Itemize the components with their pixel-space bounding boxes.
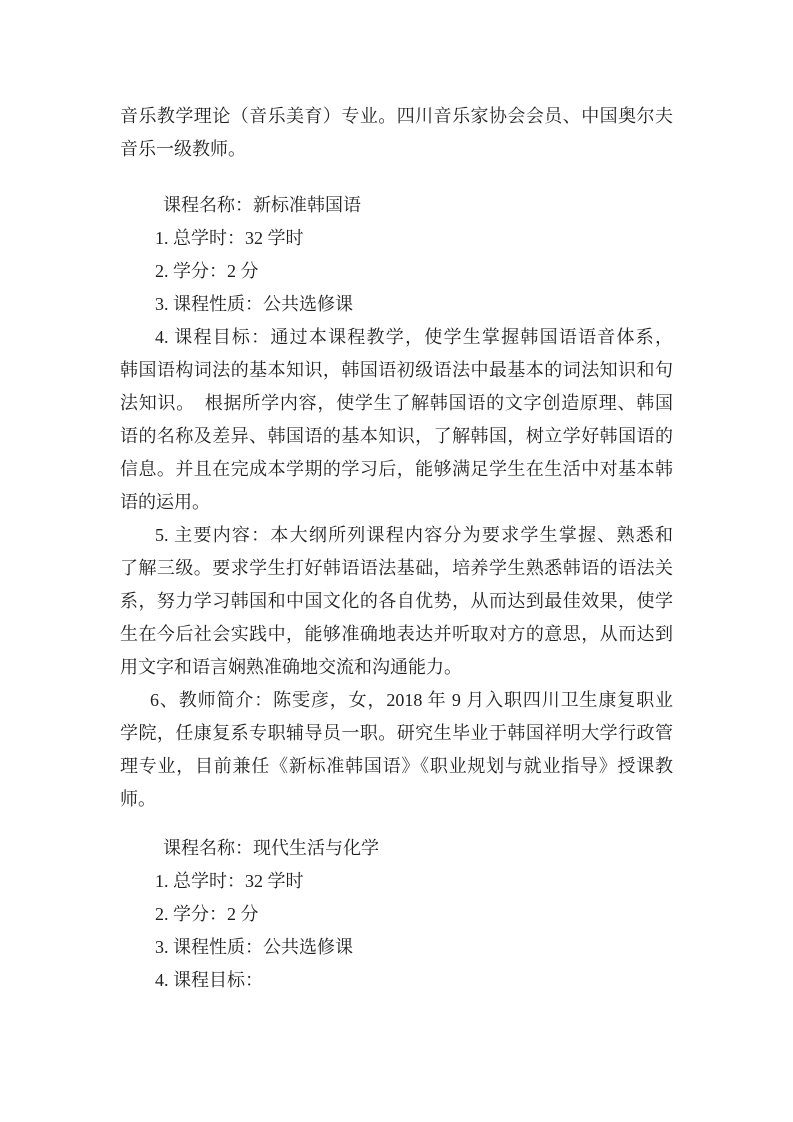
- text-line: 6、教师简介：陈雯彦，女，2018 年 9 月入职四川卫生康复职业: [120, 684, 673, 717]
- text-line: 韩国语构词法的基本知识，韩国语初级语法中最基本的词法知识和句: [120, 354, 673, 387]
- text-line: 师。: [120, 783, 673, 816]
- text-line: 3. 课程性质：公共选修课: [120, 288, 673, 321]
- text-line: 音乐教学理论（音乐美育）专业。四川音乐家协会会员、中国奥尔夫: [120, 100, 673, 133]
- text-line: 课程名称：新标准韩国语: [120, 189, 673, 222]
- text-line: 3. 课程性质：公共选修课: [120, 931, 673, 964]
- paragraph-spacer: [120, 166, 673, 189]
- text-line: 系，努力学习韩国和中国文化的各自优势，从而达到最佳效果，使学: [120, 585, 673, 618]
- text-line: 课程名称：现代生活与化学: [120, 832, 673, 865]
- text-line: 2. 学分：2 分: [120, 255, 673, 288]
- text-line: 了解三级。要求学生打好韩语语法基础，培养学生熟悉韩语的语法关: [120, 552, 673, 585]
- text-line: 理专业，目前兼任《新标准韩国语》《职业规划与就业指导》授课教: [120, 750, 673, 783]
- text-line: 4. 课程目标：通过本课程教学，使学生掌握韩国语语音体系，: [120, 321, 673, 354]
- text-line: 1. 总学时：32 学时: [120, 865, 673, 898]
- text-line: 语的名称及差异、韩国语的基本知识，了解韩国，树立学好韩国语的: [120, 420, 673, 453]
- text-line: 5. 主要内容：本大纲所列课程内容分为要求学生掌握、熟悉和: [120, 519, 673, 552]
- text-line: 用文字和语言娴熟准确地交流和沟通能力。: [120, 651, 673, 684]
- text-line: 1. 总学时：32 学时: [120, 222, 673, 255]
- document-page: 音乐教学理论（音乐美育）专业。四川音乐家协会会员、中国奥尔夫音乐一级教师。课程名…: [0, 0, 793, 1122]
- text-line: 2. 学分：2 分: [120, 898, 673, 931]
- document-body: 音乐教学理论（音乐美育）专业。四川音乐家协会会员、中国奥尔夫音乐一级教师。课程名…: [120, 100, 673, 997]
- text-line: 学院，任康复系专职辅导员一职。研究生毕业于韩国祥明大学行政管: [120, 717, 673, 750]
- text-line: 法知识。 根据所学内容，使学生了解韩国语的文字创造原理、韩国: [120, 387, 673, 420]
- text-line: 信息。并且在完成本学期的学习后，能够满足学生在生活中对基本韩: [120, 453, 673, 486]
- text-line: 4. 课程目标：: [120, 964, 673, 997]
- text-line: 生在今后社会实践中，能够准确地表达并听取对方的意思，从而达到: [120, 618, 673, 651]
- paragraph-spacer: [120, 816, 673, 832]
- text-line: 语的运用。: [120, 486, 673, 519]
- text-line: 音乐一级教师。: [120, 133, 673, 166]
